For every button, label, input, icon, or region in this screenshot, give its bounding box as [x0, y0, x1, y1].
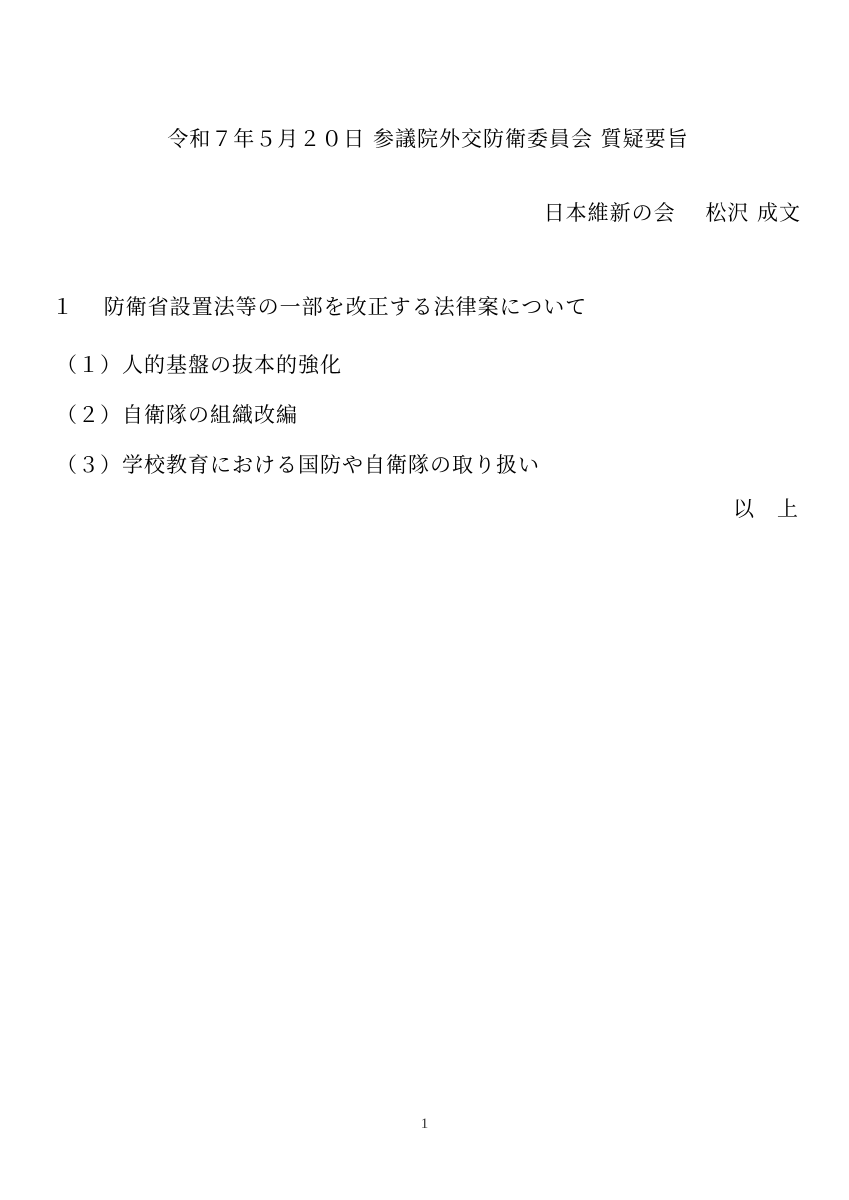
- list-item-text: 人的基盤の抜本的強化: [122, 353, 342, 377]
- author-line: 日本維新の会 松沢 成文: [544, 199, 801, 227]
- closing-mark: 以 上: [733, 495, 799, 523]
- list-item-label: （１）: [56, 353, 122, 377]
- list-item-text: 自衛隊の組織改編: [122, 403, 298, 427]
- list-item-label: （２）: [56, 403, 122, 427]
- section-number: １: [52, 295, 74, 319]
- document-title: 令和７年５月２０日 参議院外交防衛委員会 質疑要旨: [118, 125, 738, 153]
- list-item: （３）学校教育における国防や自衛隊の取り扱い: [56, 451, 540, 479]
- page-number: 1: [0, 1116, 849, 1133]
- section-heading: １ 防衛省設置法等の一部を改正する法律案について: [52, 293, 587, 321]
- section-title: 防衛省設置法等の一部を改正する法律案について: [104, 295, 588, 319]
- list-item-label: （３）: [56, 453, 122, 477]
- list-item: （２）自衛隊の組織改編: [56, 401, 298, 429]
- list-item-text: 学校教育における国防や自衛隊の取り扱い: [122, 453, 540, 477]
- list-item: （１）人的基盤の抜本的強化: [56, 351, 342, 379]
